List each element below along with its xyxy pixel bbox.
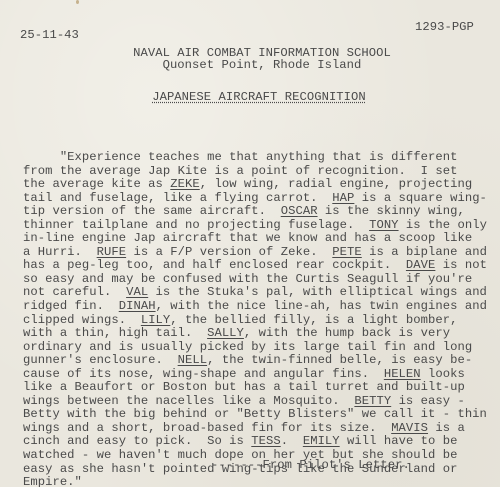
body-text-segment: is a — [428, 421, 465, 435]
body-line: the average kite as ZEKE, low wing, radi… — [23, 178, 487, 192]
body-line: cinch and easy to pick. So is TESS. EMIL… — [23, 435, 487, 449]
body-text-segment: is a biplane and — [362, 245, 487, 259]
body-line: wings between the nacelles like a Mosqui… — [23, 395, 487, 409]
body-text-segment: thinner tailplane and no projecting fuse… — [23, 218, 369, 232]
aircraft-code-name: HELEN — [384, 367, 421, 381]
body-text-segment: , low wing, radial engine, projecting — [200, 177, 472, 191]
body-line: so easy and may be confused with the Cur… — [23, 273, 487, 287]
body-text-segment: cinch and easy to pick. So is — [23, 434, 251, 448]
institution-location: Quonset Point, Rhode Island — [12, 58, 500, 72]
body-text-segment: , with the hump back is very — [244, 326, 450, 340]
aircraft-code-name: HAP — [332, 191, 354, 205]
body-text-segment: , the twin-finned belle, is easy be- — [207, 353, 472, 367]
body-text-segment: is the only — [399, 218, 487, 232]
body-line: ridged fin. DINAH, with the nice line-ah… — [23, 300, 487, 314]
aircraft-code-name: OSCAR — [281, 204, 318, 218]
body-text-segment: ordinary and is usually picked by its la… — [23, 340, 472, 354]
body-text-segment: , the bellied filly, is a light bomber, — [170, 313, 457, 327]
body-text-segment: with a thin, high tail. — [23, 326, 207, 340]
aircraft-code-name: MAVIS — [391, 421, 428, 435]
body-line: from the average Jap Kite is a point of … — [23, 165, 487, 179]
body-text-segment: not careful. — [23, 285, 126, 299]
document-number: 1293-PGP — [415, 20, 474, 34]
body-text-segment: "Experience teaches me that anything tha… — [23, 150, 457, 164]
body-text-segment: clipped wings. — [23, 313, 141, 327]
body-text-segment: is a F/P version of Zeke. — [126, 245, 332, 259]
body-text-segment: so easy and may be confused with the Cur… — [23, 272, 472, 286]
aircraft-code-name: BETTY — [354, 394, 391, 408]
body-line: in-line engine Jap aircraft that we know… — [23, 232, 487, 246]
body-line: Betty with the big behind or "Betty Blis… — [23, 408, 487, 422]
body-text-segment: Empire." — [23, 475, 82, 487]
body-text-segment: gunner's enclosure. — [23, 353, 178, 367]
body-text-segment: from the average Jap Kite is a point of … — [23, 164, 457, 178]
body-line: not careful. VAL is the Stuka's pal, wit… — [23, 286, 487, 300]
letter-body: "Experience teaches me that anything tha… — [23, 151, 487, 487]
aircraft-code-name: EMILY — [303, 434, 340, 448]
document-title-text: JAPANESE AIRCRAFT RECOGNITION — [134, 90, 366, 104]
body-text-segment: in-line engine Jap aircraft that we know… — [23, 231, 472, 245]
aircraft-code-name: DINAH — [119, 299, 156, 313]
body-text-segment: is a square wing- — [354, 191, 487, 205]
aircraft-code-name: NELL — [178, 353, 207, 367]
body-line: a Hurri. RUFE is a F/P version of Zeke. … — [23, 246, 487, 260]
body-line: has a peg-leg too, and half enclosed rea… — [23, 259, 487, 273]
body-text-segment: is the Stuka's pal, with elliptical wing… — [148, 285, 487, 299]
body-line: tip version of the same aircraft. OSCAR … — [23, 205, 487, 219]
body-text-segment: wings between the nacelles like a Mosqui… — [23, 394, 354, 408]
body-text-segment: has a peg-leg too, and half enclosed rea… — [23, 258, 406, 272]
body-line: wings and a short, broad-based fin for i… — [23, 422, 487, 436]
signature-line: -------From Pilot's Letter. — [211, 458, 410, 472]
body-text-segment: will have to be — [340, 434, 458, 448]
body-line: Empire." — [23, 476, 487, 487]
body-text-segment: is the skinny wing, — [318, 204, 465, 218]
document-date: 25-11-43 — [20, 28, 79, 42]
body-text-segment: , with the nice line-ah, has twin engine… — [156, 299, 487, 313]
body-line: like a Beaufort or Boston but has a tail… — [23, 381, 487, 395]
body-text-segment: the average kite as — [23, 177, 170, 191]
body-line: clipped wings. LILY, the bellied filly, … — [23, 314, 487, 328]
aircraft-code-name: ZEKE — [170, 177, 199, 191]
body-text-segment: is easy - — [391, 394, 465, 408]
body-text-segment: wings and a short, broad-based fin for i… — [23, 421, 391, 435]
body-text-segment: Betty with the big behind or "Betty Blis… — [23, 407, 487, 421]
body-text-segment: is not — [435, 258, 487, 272]
aircraft-code-name: RUFE — [97, 245, 126, 259]
body-line: ordinary and is usually picked by its la… — [23, 341, 487, 355]
body-line: tail and fuselage, like a flying carrot.… — [23, 192, 487, 206]
body-text-segment: like a Beaufort or Boston but has a tail… — [23, 380, 465, 394]
aircraft-code-name: LILY — [141, 313, 170, 327]
aircraft-code-name: VAL — [126, 285, 148, 299]
body-text-segment: a Hurri. — [23, 245, 97, 259]
aircraft-code-name: TONY — [369, 218, 398, 232]
aircraft-code-name: PETE — [332, 245, 361, 259]
body-line: with a thin, high tail. SALLY, with the … — [23, 327, 487, 341]
aircraft-code-name: DAVE — [406, 258, 435, 272]
body-text-segment: looks — [421, 367, 465, 381]
aircraft-code-name: TESS — [251, 434, 280, 448]
body-line: gunner's enclosure. NELL, the twin-finne… — [23, 354, 487, 368]
paper-stain — [76, 0, 79, 4]
body-text-segment: ridged fin. — [23, 299, 119, 313]
body-text-segment: tail and fuselage, like a flying carrot. — [23, 191, 332, 205]
document-page: 25-11-43 1293-PGP NAVAL AIR COMBAT INFOR… — [0, 0, 500, 487]
body-line: thinner tailplane and no projecting fuse… — [23, 219, 487, 233]
body-line: cause of its nose, wing-shape and angula… — [23, 368, 487, 382]
body-line: "Experience teaches me that anything tha… — [23, 151, 487, 165]
body-text-segment: . — [281, 434, 303, 448]
body-text-segment: tip version of the same aircraft. — [23, 204, 281, 218]
aircraft-code-name: SALLY — [207, 326, 244, 340]
document-title: JAPANESE AIRCRAFT RECOGNITION — [0, 90, 500, 104]
body-text-segment: cause of its nose, wing-shape and angula… — [23, 367, 384, 381]
